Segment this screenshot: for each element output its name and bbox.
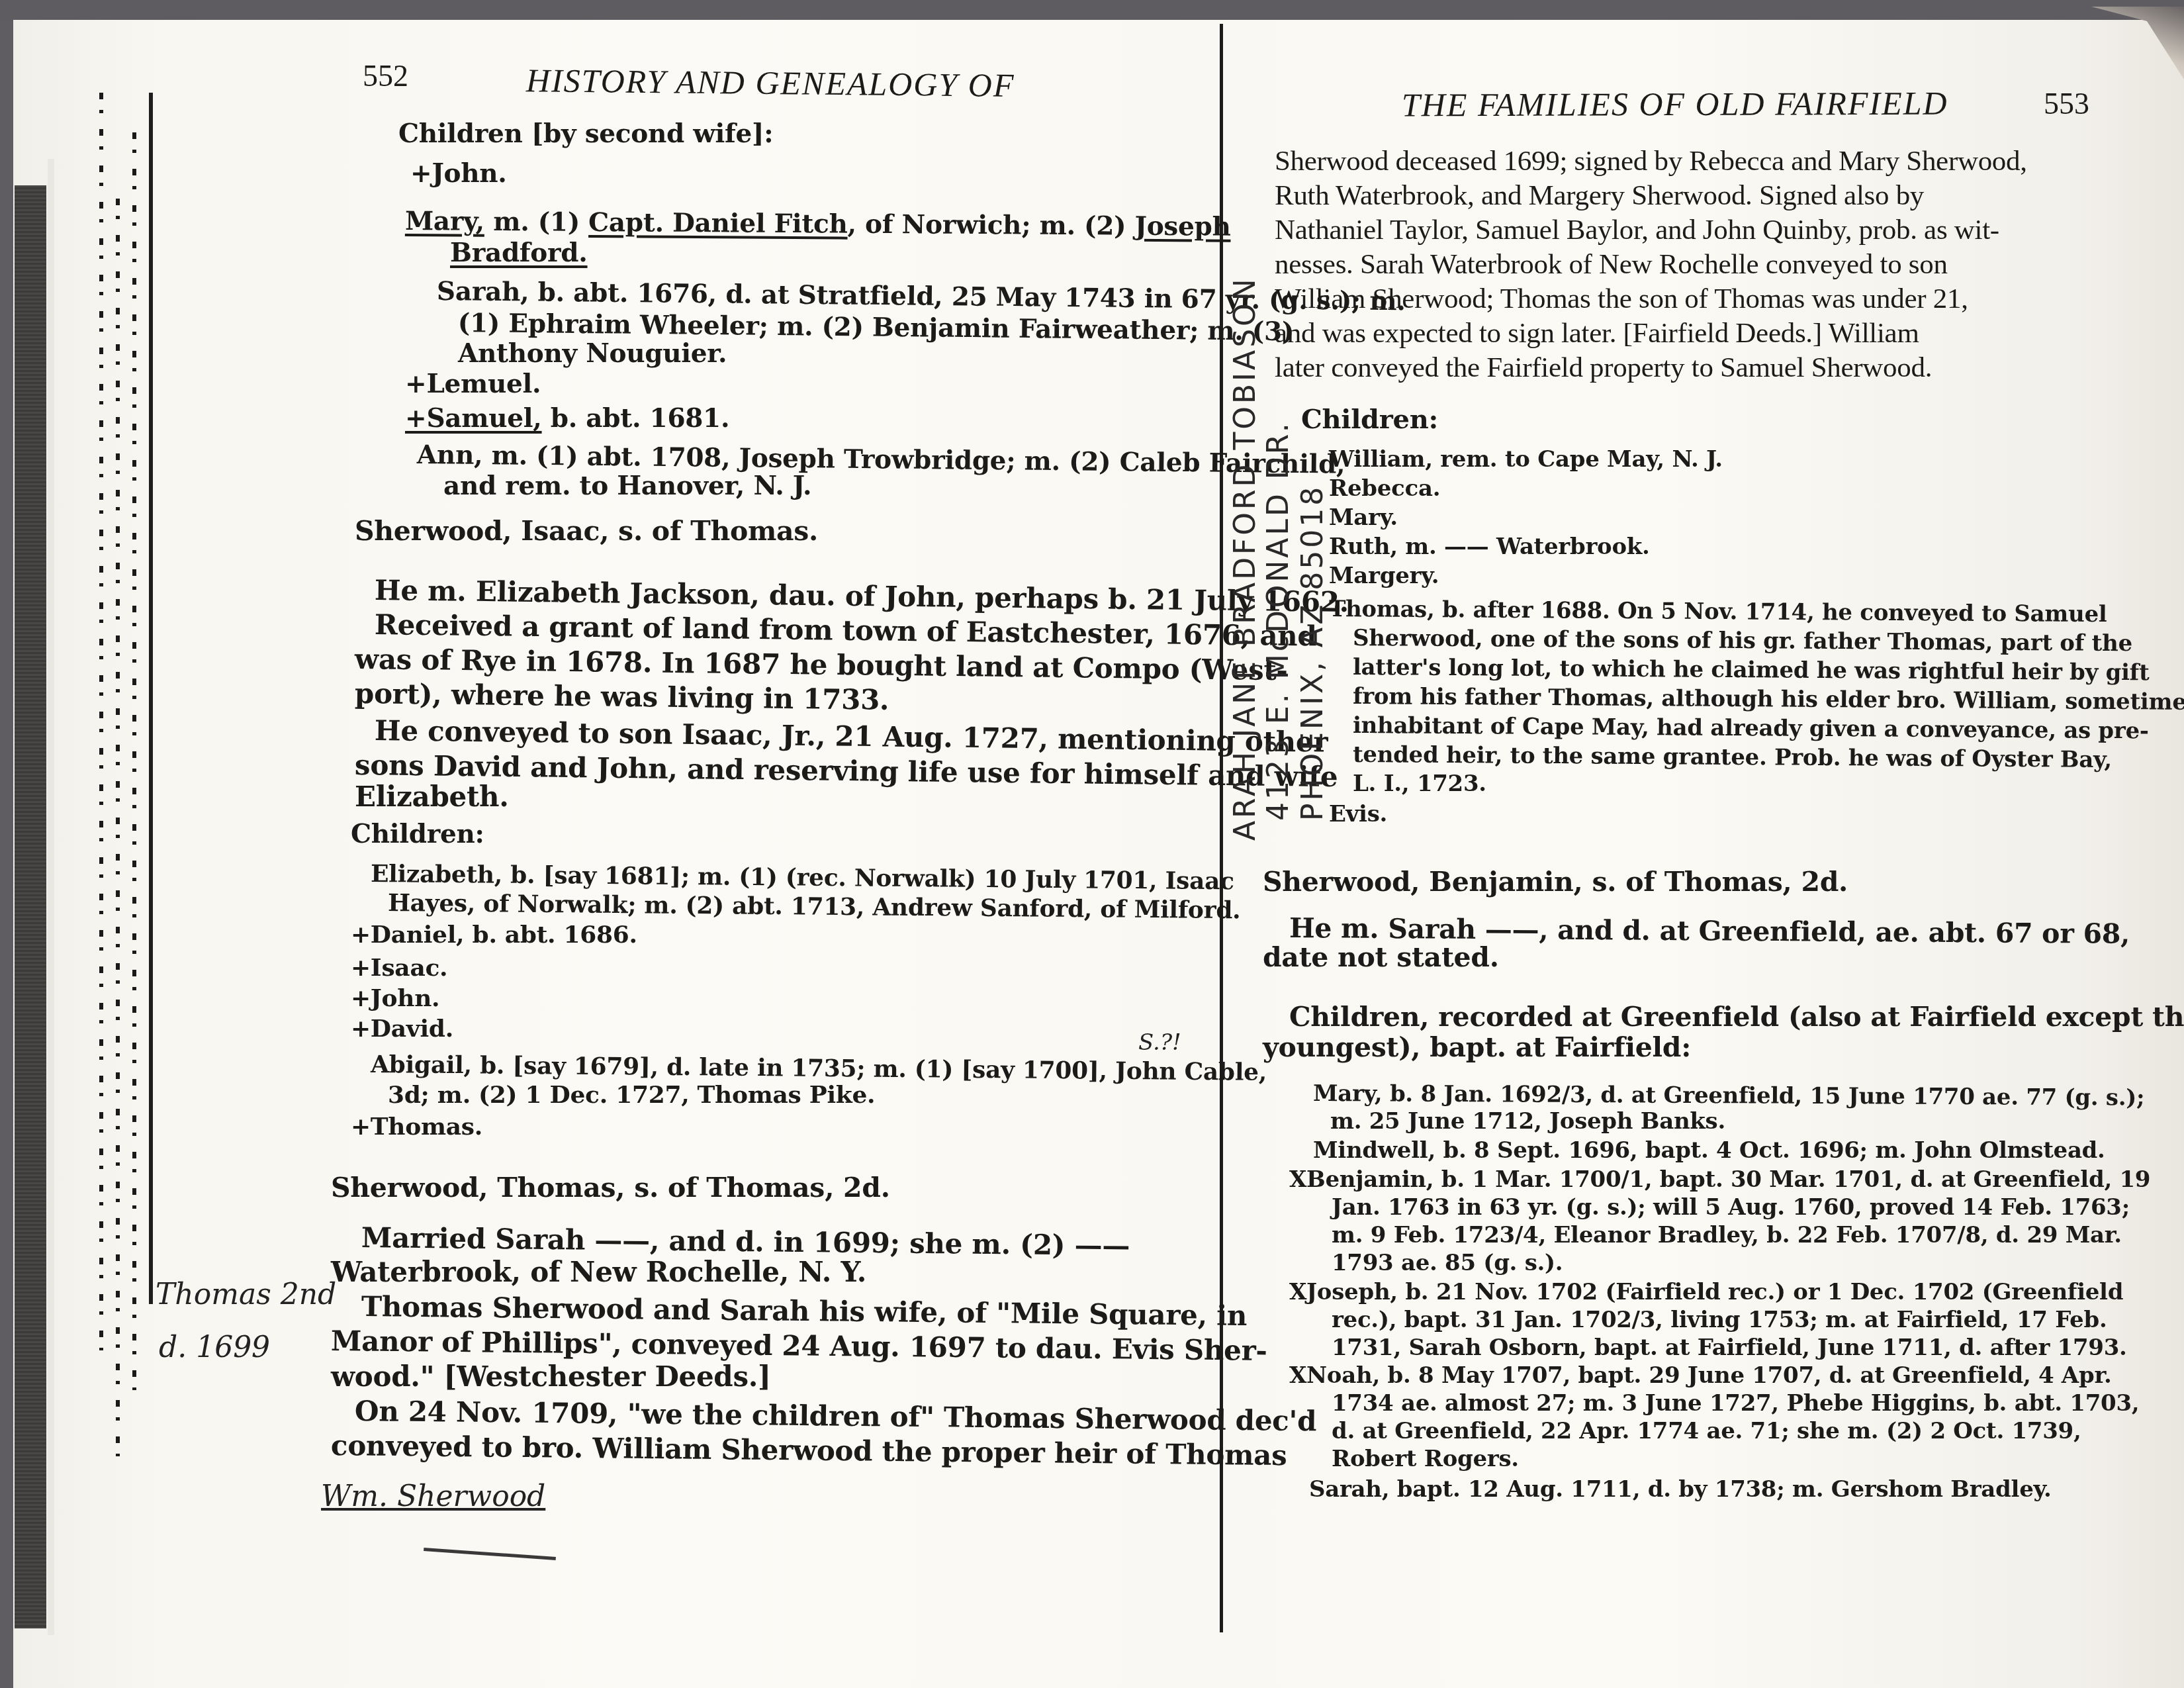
child-entry-cont: 1734 ae. almost 27; m. 3 June 1727, Pheb…	[1332, 1389, 2139, 1418]
child-entry: XBenjamin, b. 1 Mar. 1700/1, bapt. 30 Ma…	[1289, 1165, 2150, 1194]
address-stamp-line: PHOENIX, AZ 85018	[1296, 485, 1330, 821]
page-number: 553	[2044, 86, 2089, 121]
page-edge	[48, 159, 54, 1635]
child-entry: +David.	[351, 1014, 453, 1043]
children-heading: Children [by second wife]:	[398, 119, 773, 148]
entry-heading-isaac: Sherwood, Isaac, s. of Thomas.	[355, 516, 818, 545]
page-divider-line	[1220, 24, 1223, 1632]
paragraph-line: William Sherwood; Thomas the son of Thom…	[1275, 285, 1968, 314]
underlined-name: +Samuel,	[405, 403, 542, 434]
handwritten-note: Thomas 2nd	[156, 1278, 336, 1311]
child-entry: Evis.	[1329, 800, 1387, 829]
page-number: 552	[363, 58, 408, 93]
child-entry-cont: m. 25 June 1712, Joseph Banks.	[1330, 1107, 1725, 1136]
paragraph-line: Married Sarah ——, and d. in 1699; she m.…	[361, 1223, 1130, 1260]
child-entry: +Isaac.	[351, 953, 447, 982]
copy-artifact-speckles	[99, 93, 103, 1350]
child-entry-cont: 1731, Sarah Osborn, bapt. at Fairfield, …	[1332, 1333, 2127, 1362]
book-spine-shadow	[15, 185, 46, 1628]
child-entry-cont: 1793 ae. 85 (g. s.).	[1332, 1248, 1563, 1278]
paragraph-line: port), where he was living in 1733.	[355, 679, 889, 715]
paragraph-line: Ruth Waterbrook, and Margery Sherwood. S…	[1275, 181, 1924, 211]
child-entry: +John.	[351, 984, 439, 1013]
child-entry: Mindwell, b. 8 Sept. 1696, bapt. 4 Oct. …	[1313, 1136, 2105, 1165]
paragraph-line: date not stated.	[1263, 943, 1499, 972]
photocopy-edge-line	[149, 93, 153, 1304]
child-entry-cont: 3d; m. (2) 1 Dec. 1727, Thomas Pike.	[388, 1080, 875, 1109]
child-entry: +Thomas.	[351, 1112, 482, 1141]
child-entry-cont: and rem. to Hanover, N. J.	[443, 471, 811, 500]
copy-artifact-speckles	[116, 199, 120, 1456]
child-entry-cont: m. 9 Feb. 1723/4, Eleanor Bradley, b. 22…	[1332, 1221, 2122, 1250]
child-entry-cont: Jan. 1763 in 63 yr. (g. s.); will 5 Aug.…	[1332, 1193, 2130, 1222]
child-entry-mary: Mary, m. (1) Capt. Daniel Fitch, of Norw…	[405, 207, 1231, 242]
child-entry-cont: d. at Greenfield, 22 Apr. 1774 ae. 71; s…	[1332, 1417, 2081, 1446]
underlined-name: Mary,	[405, 206, 484, 237]
child-entry: Ruth, m. —— Waterbrook.	[1329, 532, 1650, 561]
child-entry: Margery.	[1329, 561, 1439, 590]
underlined-name: Capt. Daniel Fitch	[588, 207, 848, 240]
running-head: THE FAMILIES OF OLD FAIRFIELD	[1402, 84, 1948, 124]
paragraph-line: nesses. Sarah Waterbrook of New Rochelle…	[1275, 250, 1948, 279]
child-entry-cont: Anthony Nouguier.	[458, 339, 727, 368]
child-entry: +Daniel, b. abt. 1686.	[351, 920, 637, 949]
child-entry: Rebecca.	[1329, 474, 1440, 503]
paragraph-line: wood." [Westchester Deeds.]	[331, 1362, 771, 1391]
address-stamp-line: ARAH JANE BRADFORD TOBIASON	[1228, 276, 1262, 841]
child-entry: Sarah, bapt. 12 Aug. 1711, d. by 1738; m…	[1309, 1475, 2052, 1504]
paragraph-line: Waterbrook, of New Rochelle, N. Y.	[331, 1258, 866, 1287]
child-entry-cont: L. I., 1723.	[1353, 769, 1486, 798]
handwritten-note: S.?!	[1138, 1029, 1181, 1056]
child-entry: XJoseph, b. 21 Nov. 1702 (Fairfield rec.…	[1289, 1278, 2123, 1307]
entry-heading-thomas: Sherwood, Thomas, s. of Thomas, 2d.	[331, 1173, 890, 1202]
child-entry-cont: Robert Rogers.	[1332, 1444, 1519, 1474]
paragraph-line: youngest), bapt. at Fairfield:	[1263, 1033, 1691, 1062]
paragraph-line: Children, recorded at Greenfield (also a…	[1289, 1002, 2184, 1031]
paragraph-line: Elizabeth.	[355, 782, 509, 812]
running-head: HISTORY AND GENEALOGY OF	[526, 61, 1015, 105]
text-fragment: m. (1)	[484, 207, 589, 238]
paragraph-line: Nathaniel Taylor, Samuel Baylor, and Joh…	[1275, 216, 1999, 245]
underlined-name: Bradford.	[450, 238, 588, 267]
paragraph-line: and was expected to sign later. [Fairfie…	[1275, 319, 1919, 348]
entry-heading-benjamin: Sherwood, Benjamin, s. of Thomas, 2d.	[1263, 867, 1848, 896]
child-entry: +Lemuel.	[405, 369, 541, 399]
child-entry: William, rem. to Cape May, N. J.	[1329, 445, 1723, 474]
underlined-name: Joseph	[1134, 211, 1230, 242]
paragraph-line: Sherwood deceased 1699; signed by Rebecc…	[1275, 147, 2027, 176]
children-heading: Children:	[1301, 405, 1438, 434]
text-fragment: b. abt. 1681.	[542, 403, 730, 434]
copy-artifact-speckles	[132, 132, 136, 1390]
address-stamp-line: 4123 E. McDONALD DR.	[1261, 420, 1295, 821]
child-entry: XNoah, b. 8 May 1707, bapt. 29 June 1707…	[1289, 1361, 2111, 1390]
child-entry: Mary.	[1329, 503, 1398, 532]
paragraph-line: later conveyed the Fairfield property to…	[1275, 353, 1932, 383]
child-entry: +John.	[410, 159, 507, 188]
handwritten-note: d. 1699	[159, 1331, 270, 1364]
handwritten-signature: Wm. Sherwood	[321, 1479, 545, 1513]
scanner-background	[0, 0, 2184, 21]
child-entry-samuel: +Samuel, b. abt. 1681.	[405, 404, 729, 433]
child-entry-cont: rec.), bapt. 31 Jan. 1702/3, living 1753…	[1332, 1305, 2107, 1335]
text-fragment: , of Norwich; m. (2)	[847, 209, 1134, 242]
children-heading: Children:	[351, 820, 484, 849]
